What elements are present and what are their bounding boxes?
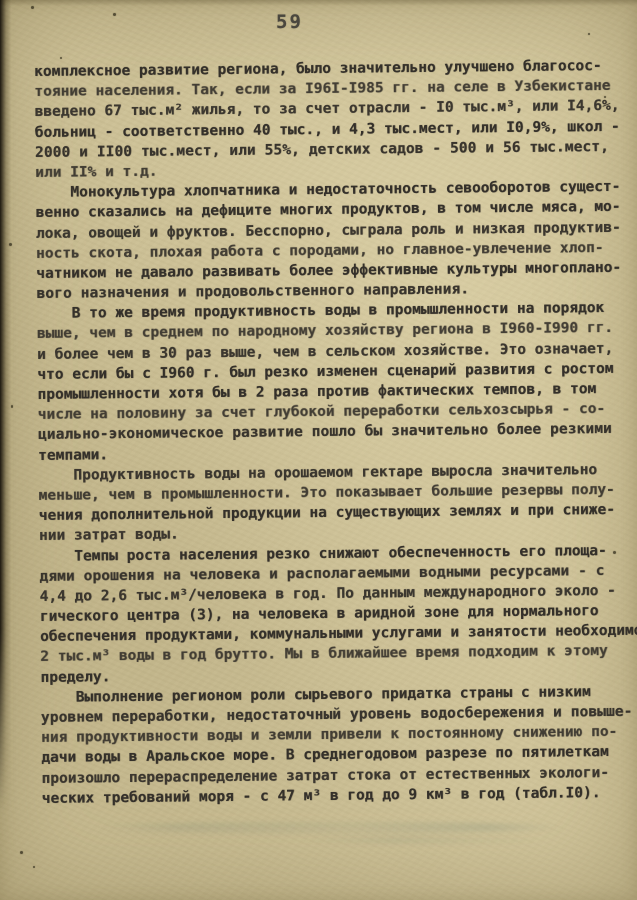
paper-speck: [113, 13, 116, 16]
binding-shadow-left: [0, 0, 11, 828]
paper-speck: [31, 6, 34, 9]
paper-speck: [60, 57, 62, 59]
document-text: комплексное развитие региона, было значи…: [34, 56, 637, 809]
page-number: 59: [276, 11, 303, 33]
paper-speck: [20, 851, 23, 854]
smudge-mark: [300, 836, 540, 844]
page-top-edge-shading: [0, 0, 637, 6]
paper-speck: [9, 243, 12, 246]
paper-speck: [604, 96, 606, 98]
paper-speck: [11, 405, 13, 408]
paper-speck: [33, 866, 35, 868]
scanned-page: 59 комплексное развитие региона, было зн…: [0, 0, 637, 900]
paper-speck: [613, 551, 616, 554]
paper-speck: [588, 33, 590, 35]
smudge-mark: [95, 822, 565, 833]
